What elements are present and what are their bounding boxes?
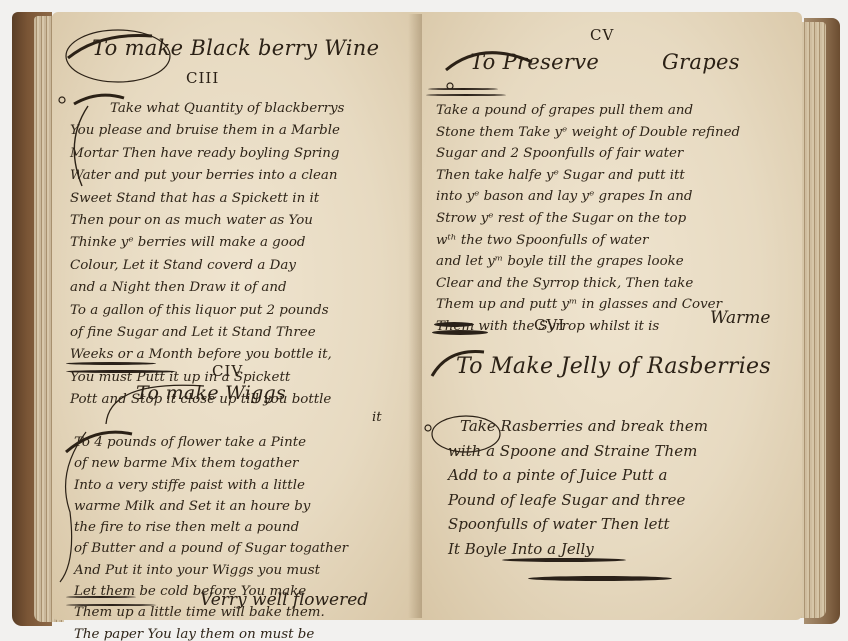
text-line: To 4 pounds of flower take a Pinte — [74, 432, 419, 453]
separator-stroke — [66, 370, 176, 373]
text-line: Spoonfulls of water Then lett — [448, 512, 788, 537]
text-line: of fine Sugar and Let it Stand Three — [70, 322, 420, 344]
recipe-number-ciii: CIII — [186, 69, 219, 87]
text-line: Sweet Stand that has a Spickett in it — [70, 188, 420, 210]
separator-stroke — [66, 362, 156, 365]
separator-stroke — [66, 604, 156, 606]
left-page: To make Black berry Wine CIII Take what … — [52, 12, 422, 620]
separator-stroke — [528, 576, 672, 581]
recipe-title-jelly: To Make Jelly of Rasberries — [456, 354, 771, 379]
text-line: To a gallon of this liquor put 2 pounds — [70, 300, 420, 322]
recipe-number-cv: CV — [590, 26, 614, 44]
text-line: the fire to rise then melt a pound — [74, 517, 419, 538]
text-line: Strow yᵉ rest of the Sugar on the top — [436, 208, 796, 230]
text-line: The paper You lay them on must be — [74, 624, 419, 641]
text-line: and let yᵐ boyle till the grapes looke — [436, 251, 796, 273]
text-line: Clear and the Syrrop thick, Then take — [436, 273, 796, 295]
separator-stroke — [428, 88, 498, 90]
separator-stroke — [434, 322, 474, 327]
text-line: Water and put your berries into a clean — [70, 165, 420, 187]
recipe-closing-wiggs: Verry well flowered — [200, 590, 368, 610]
text-line: warme Milk and Set it an houre by — [74, 496, 419, 517]
recipe-number-civ: CIV — [212, 362, 243, 380]
recipe-closing-grapes: Warme — [710, 308, 770, 328]
text-line: Into a very stiffe paist with a little — [74, 475, 419, 496]
recipe-body-jelly: Take Rasberries and break them with a Sp… — [448, 414, 788, 562]
recipe-title-wiggs: To make Wiggs — [136, 382, 286, 404]
text-line: of new barme Mix them togather — [74, 453, 419, 474]
text-line: Thinke yᵉ berries will make a good — [70, 232, 420, 254]
recipe-number-cvi: CVI — [534, 316, 565, 334]
text-line: Take what Quantity of blackberrys — [70, 98, 420, 120]
right-page: CV To Preserve Grapes Take a pound of gr… — [422, 12, 802, 620]
text-line: You please and bruise them in a Marble — [70, 120, 420, 142]
text-line: Colour, Let it Stand coverd a Day — [70, 255, 420, 277]
separator-stroke — [66, 596, 136, 598]
text-line: into yᵉ bason and lay yᵉ grapes In and — [436, 186, 796, 208]
text-line: Stone them Take yᵉ weight of Double refi… — [436, 122, 796, 144]
recipe-title-blackberry-wine: To make Black berry Wine — [92, 36, 379, 60]
text-line: And Put it into your Wiggs you must — [74, 560, 419, 581]
recipe-body-grapes: Take a pound of grapes pull them and Sto… — [436, 100, 796, 338]
text-line: of Butter and a pound of Sugar togather — [74, 538, 419, 559]
recipe-title-grapes: Grapes — [662, 50, 740, 74]
text-line: Sugar and 2 Spoonfulls of fair water — [436, 143, 796, 165]
separator-stroke — [432, 330, 488, 335]
text-line: it — [70, 412, 420, 424]
text-line: Then take halfe yᵉ Sugar and putt itt — [436, 165, 796, 187]
text-line: Mortar Then have ready boyling Spring — [70, 143, 420, 165]
text-line: Then pour on as much water as You — [70, 210, 420, 232]
separator-stroke — [502, 558, 626, 562]
text-line: Pound of leafe Sugar and three — [448, 488, 788, 513]
text-line: Add to a pinte of Juice Putt a — [448, 463, 788, 488]
text-line: It Boyle Into a Jelly — [448, 537, 788, 562]
separator-stroke — [426, 94, 506, 96]
recipe-body-blackberry-wine: Take what Quantity of blackberrys You pl… — [70, 98, 420, 424]
text-line: and a Night then Draw it of and — [70, 277, 420, 299]
text-line: Take Rasberries and break them — [448, 414, 788, 439]
recipe-title-preserve: To Preserve — [470, 50, 599, 74]
open-manuscript-book: To make Black berry Wine CIII Take what … — [12, 8, 840, 630]
text-line: wᵗʰ the two Spoonfulls of water — [436, 230, 796, 252]
text-line: with a Spoone and Straine Them — [448, 439, 788, 464]
text-line: Take a pound of grapes pull them and — [436, 100, 796, 122]
